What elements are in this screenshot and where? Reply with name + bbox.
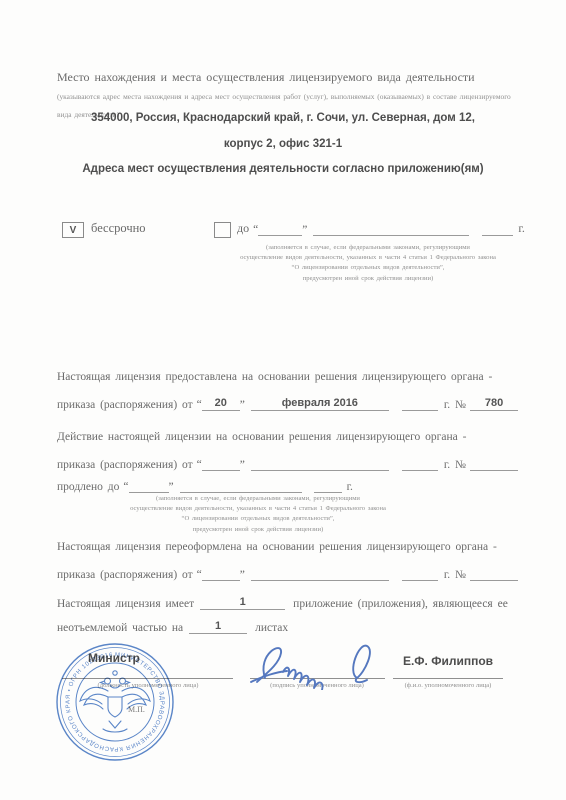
prolonged-until-month-blank	[180, 477, 302, 493]
termless-label: бессрочно	[91, 221, 146, 236]
quote-close: ”	[240, 459, 245, 471]
until-checkbox	[214, 222, 231, 238]
prolonged-g-no: г. №	[444, 459, 466, 471]
until-year-blank	[482, 220, 513, 236]
prolonged-order-row: приказа (распоряжения) от “ ” г. №	[57, 455, 518, 471]
until-year-suffix: г.	[518, 221, 525, 236]
granted-g-no: г. №	[444, 399, 466, 411]
address-line-2: корпус 2, офис 321-1	[0, 138, 566, 150]
signature-stroke	[251, 671, 287, 682]
attachments-count: 1	[240, 596, 246, 608]
reissued-g-no: г. №	[444, 569, 466, 581]
signature-scribble	[243, 638, 385, 690]
reissued-month-blank	[251, 565, 389, 581]
attachments-row2: неотъемлемой частью на 1 листах	[57, 618, 288, 634]
reissued-order-row: приказа (распоряжения) от “ ” г. №	[57, 565, 518, 581]
termless-checkmark: V	[70, 225, 77, 236]
fineprint-line: осуществление видов деятельности, указан…	[200, 253, 536, 263]
signature-stroke	[283, 668, 322, 690]
fineprint-line: “О лицензировании отдельных видов деятел…	[90, 514, 426, 524]
prolonged-until-day-blank	[129, 477, 169, 493]
reissued-day-blank	[202, 565, 240, 581]
attachments-row1: Настоящая лицензия имеет 1 приложение (п…	[57, 594, 508, 610]
eagle-necks	[110, 685, 120, 688]
eagle-right-wing-2	[122, 694, 146, 709]
eagle-right-beak	[126, 681, 130, 684]
prolonged-year-blank	[402, 455, 438, 471]
prolonged-month-blank	[251, 455, 389, 471]
location-label: Место нахождения и места осуществления л…	[57, 70, 475, 84]
reissued-line1: Настоящая лицензия переоформлена на осно…	[57, 541, 527, 553]
granted-number-blank: 780	[470, 395, 518, 411]
reissued-number-blank	[470, 565, 518, 581]
fineprint-line: осуществление видов деятельности, указан…	[90, 504, 426, 514]
prolonged-prefix: приказа (распоряжения) от	[57, 459, 193, 471]
eagle-crown	[113, 671, 117, 675]
prolonged-until-prefix: продлено до	[57, 481, 119, 493]
fineprint-line: (заполняется в случае, если федеральными…	[90, 494, 426, 504]
quote-close: ”	[169, 481, 174, 493]
prolonged-line1: Действие настоящей лицензии на основании…	[57, 431, 527, 443]
stamp-svg: МИНИСТЕРСТВО ЗДРАВООХРАНЕНИЯ КРАСНОДАРСК…	[54, 641, 176, 763]
granted-month-blank: февраля 2016	[251, 395, 389, 411]
name-caption: (ф.и.о. уполномоченного лица)	[358, 682, 538, 689]
until-label: до	[237, 221, 249, 236]
until-month-blank	[313, 220, 469, 236]
addresses-per-annex-note: Адреса мест осуществления деятельности с…	[0, 163, 566, 175]
attachments-part2: приложение (приложения), являющееся ее	[293, 598, 508, 610]
signature-stroke	[353, 646, 370, 683]
until-day-blank	[258, 220, 302, 236]
eagle-banner	[103, 729, 127, 732]
signer-name: Е.Ф. Филиппов	[358, 654, 538, 668]
fineprint-line: предусмотрен иной срок действия лицензии…	[90, 525, 426, 535]
license-document-page: Место нахождения и места осуществления л…	[0, 0, 566, 800]
stamp-outer-ring-2	[61, 648, 170, 757]
quote-close: ”	[240, 569, 245, 581]
reissued-year-blank	[402, 565, 438, 581]
quote-close: ”	[302, 224, 307, 236]
attachments-count-blank: 1	[200, 594, 285, 610]
eagle-shield	[108, 697, 122, 717]
granted-line1: Настоящая лицензия предоставлена на осно…	[57, 371, 527, 383]
prolonged-fineprint: (заполняется в случае, если федеральными…	[90, 494, 426, 535]
name-line	[393, 678, 503, 679]
attachments-part3: неотъемлемой частью на	[57, 622, 183, 634]
attachments-sheets: 1	[215, 620, 221, 632]
eagle-left-beak	[101, 681, 105, 684]
attachments-sheets-blank: 1	[189, 618, 247, 634]
prolonged-until-year-blank	[314, 477, 342, 493]
fineprint-line: (заполняется в случае, если федеральными…	[200, 243, 536, 253]
granted-order-row: приказа (распоряжения) от “ 20 ” февраля…	[57, 395, 518, 411]
eagle-left-wing-2	[84, 694, 108, 709]
granted-number: 780	[485, 397, 503, 409]
eagle-left-head	[105, 678, 111, 684]
stamp-outer-ring	[57, 644, 173, 760]
double-headed-eagle-icon	[80, 671, 150, 732]
quote-close: ”	[240, 399, 245, 411]
ministry-stamp: МИНИСТЕРСТВО ЗДРАВООХРАНЕНИЯ КРАСНОДАРСК…	[54, 641, 176, 763]
fineprint-line: “О лицензировании отдельных видов деятел…	[200, 263, 536, 273]
termless-checkbox: V	[62, 222, 84, 238]
address-line-1: 354000, Россия, Краснодарский край, г. С…	[0, 112, 566, 124]
granted-year-blank	[402, 395, 438, 411]
until-fineprint: (заполняется в случае, если федеральными…	[200, 243, 536, 284]
granted-month-year: февраля 2016	[282, 397, 358, 409]
prolonged-until-g: г.	[347, 481, 353, 493]
handwritten-signature	[243, 638, 385, 690]
eagle-tail	[109, 721, 121, 728]
prolonged-day-blank	[202, 455, 240, 471]
eagle-right-head	[120, 678, 126, 684]
fineprint-line: предусмотрен иной срок действия лицензии…	[200, 274, 536, 284]
attachments-part4: листах	[255, 622, 288, 634]
attachments-part1: Настоящая лицензия имеет	[57, 598, 194, 610]
until-row: до “ ” г.	[237, 220, 525, 236]
granted-day-blank: 20	[202, 395, 240, 411]
prolonged-number-blank	[470, 455, 518, 471]
granted-prefix: приказа (распоряжения) от	[57, 399, 193, 411]
granted-day: 20	[215, 397, 227, 409]
reissued-prefix: приказа (распоряжения) от	[57, 569, 193, 581]
prolonged-until-row: продлено до “ ” г.	[57, 477, 353, 493]
